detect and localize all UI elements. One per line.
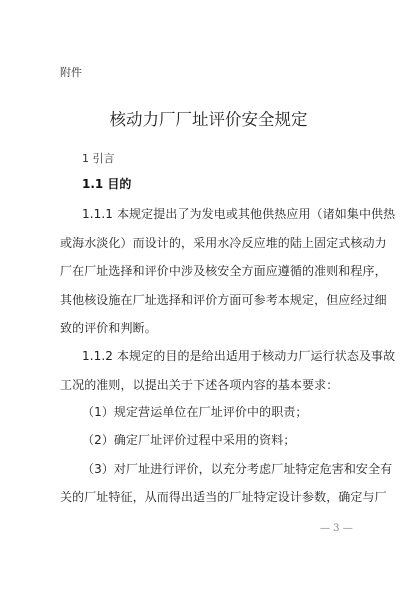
paragraph-line: 关的厂址特征，从而得出适当的厂址特定设计参数，确定与厂 [60, 488, 387, 505]
annex-label: 附件 [60, 64, 82, 80]
paragraph-line: 其他核设施在厂址选择和评价方面可参考本规定，但应经过细 [60, 291, 387, 308]
paragraph-line: 或海水淡化）而设计的，采用水冷反应堆的陆上固定式核动力 [60, 234, 387, 251]
list-item: （1）规定营运单位在厂址评价中的职责； [82, 403, 308, 420]
list-item: （2）确定厂址评价过程中采用的资料； [82, 431, 295, 448]
paragraph-line: 致的评价和判断。 [60, 319, 157, 336]
section-heading-purpose: 1.1 目的 [82, 175, 131, 192]
paragraph-line: 1.1.1 本规定提出了为发电或其他供热应用（诸如集中供热 [82, 205, 395, 222]
paragraph-line: 工况的准则，以提出关于下述各项内容的基本要求： [60, 376, 338, 393]
document-title: 核动力厂厂址评价安全规定 [0, 106, 417, 130]
page-number: — 3 — [320, 523, 353, 534]
paragraph-line: 厂在厂址选择和评价中涉及核安全方面应遵循的准则和程序， [60, 262, 387, 279]
paragraph-line: 1.1.2 本规定的目的是给出适用于核动力厂运行状态及事故 [82, 347, 395, 364]
list-item: （3）对厂址进行评价，以充分考虑厂址特定危害和安全有 [82, 460, 392, 477]
section-heading-introduction: 1 引言 [82, 150, 115, 166]
